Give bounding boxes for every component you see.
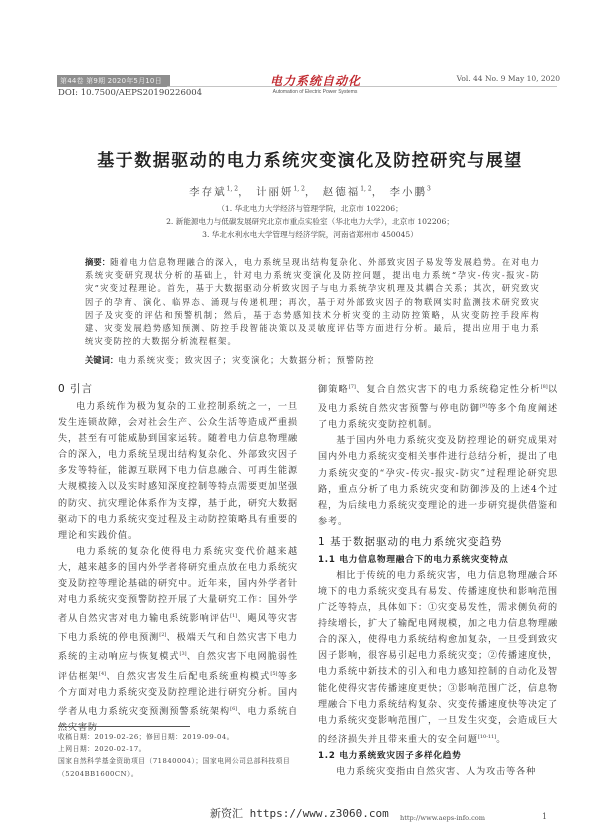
text: 、复合自然灾害下的电力系统稳定性分析 [356,385,541,395]
paper-title: 基于数据驱动的电力系统灾变演化及防控研究与展望 [50,146,570,171]
keywords-text: 电力系统灾变；致灾因子；灾变演化；大数据分析；预警防控 [118,355,374,365]
footnote-received: 收稿日期：2019-02-26；修回日期：2019-09-04。 [58,731,298,743]
author-name: 赵德福 [323,186,361,198]
paragraph: 电力系统的复杂化使得电力系统灾变代价越来越大，越来越多的国内外学者将研究重点放在… [58,544,298,736]
header-divider [167,86,557,87]
abstract-label: 摘要： [85,257,110,267]
text: 。 [496,735,506,745]
footnote-funding: 国家自然科学基金资助项目（71840004）；国家电网公司总部科技项目（5204… [58,755,298,779]
text: 御策略 [318,385,349,395]
paragraph: 电力系统作为极为复杂的工业控制系统之一，一旦发生连锁故障，会对社会生产、公众生活… [58,399,298,544]
section-heading-0: 0 引言 [58,379,298,399]
citation[interactable]: [7] [349,384,356,390]
page-number: 1 [542,812,547,821]
right-column: 御策略[7]、复合自然灾害下的电力系统稳定性分析[8]以及电力系统自然灾害预警与… [318,379,558,780]
author-name: 计丽妍 [256,186,294,198]
citation[interactable]: [10-11] [478,734,496,740]
section-heading-1: 1 基于数据驱动的电力系统灾变趋势 [318,532,558,552]
citation[interactable]: [3] [180,651,187,657]
author-name: 李存斌 [189,186,227,198]
author-affil: 1, 2 [227,186,238,193]
volume-info: Vol. 44 No. 9 May 10, 2020 [430,74,560,83]
left-column: 0 引言 电力系统作为极为复杂的工业控制系统之一，一旦发生连锁故障，会对社会生产… [58,379,298,736]
subsection-heading-1-2: 1.2 电力系统致灾因子多样化趋势 [318,748,558,764]
citation[interactable]: [8] [541,384,548,390]
footnote-divider [58,726,190,727]
affiliation-3: 3. 华北水利水电大学管理与经济学院，河南省郑州市 450045） [50,229,570,240]
paragraph: 基于国内外电力系统灾变及防控理论的研究成果对国内外电力系统灾变相关事件进行总结分… [318,433,558,530]
affiliation-1: （1. 华北电力大学经济与管理学院，北京市 102206； [50,203,570,214]
text: 电力系统的复杂化使得电力系统灾变代价越来越大，越来越多的国内外学者将研究重点放在… [58,547,298,624]
journal-logo-cn: 电力系统自动化 [270,72,354,89]
author-name: 李小鹏 [390,186,428,198]
author-affil: 1, 2 [293,186,304,193]
author-affil: 1, 2 [360,186,371,193]
abstract: 摘要：随着电力信息物理融合的深入，电力系统呈现出结构复杂化、外部致灾因子易发等发… [85,256,540,348]
journal-logo-en: Automation of Electric Power Systems [260,89,370,95]
text: 、自然灾害发生后配电系统重构模式 [106,672,270,682]
keywords: 关键词：电力系统灾变；致灾因子；灾变演化；大数据分析；预警防控 [85,354,540,366]
footnote-online: 上网日期：2020-02-17。 [58,743,298,755]
issue-badge: 第44卷 第9期 2020年5月10日 [57,75,170,87]
author-affil: 3 [427,186,431,193]
footnotes: 收稿日期：2019-02-26；修回日期：2019-09-04。 上网日期：20… [58,731,298,780]
author-list: 李存斌1, 2， 计丽妍1, 2， 赵德福1, 2， 李小鹏3 [50,184,570,199]
doi: DOI: 10.7500/AEPS20190226004 [58,88,202,98]
keywords-label: 关键词： [85,355,118,365]
abstract-text: 随着电力信息物理融合的深入，电力系统呈现出结构复杂化、外部致灾因子易发等发展趋势… [85,257,540,346]
text: 相比于传统的电力系统灾害，电力信息物理融合环境下的电力系统灾变具有易发、传播速度… [318,571,558,745]
paragraph: 御策略[7]、复合自然灾害下的电力系统稳定性分析[8]以及电力系统自然灾害预警与… [318,379,558,433]
subsection-heading-1-1: 1.1 电力信息物理融合下的电力系统灾变特点 [318,552,558,568]
paragraph: 电力系统灾变指由自然灾害、人为攻击等各种 [318,764,558,780]
watermark: 新资汇 https://www.z3060.com [210,805,460,821]
paragraph: 相比于传统的电力系统灾害，电力信息物理融合环境下的电力系统灾变具有易发、传播速度… [318,568,558,748]
affiliation-2: 2. 新能源电力与低碳发展研究北京市重点实验室（华北电力大学），北京市 1022… [50,216,570,227]
